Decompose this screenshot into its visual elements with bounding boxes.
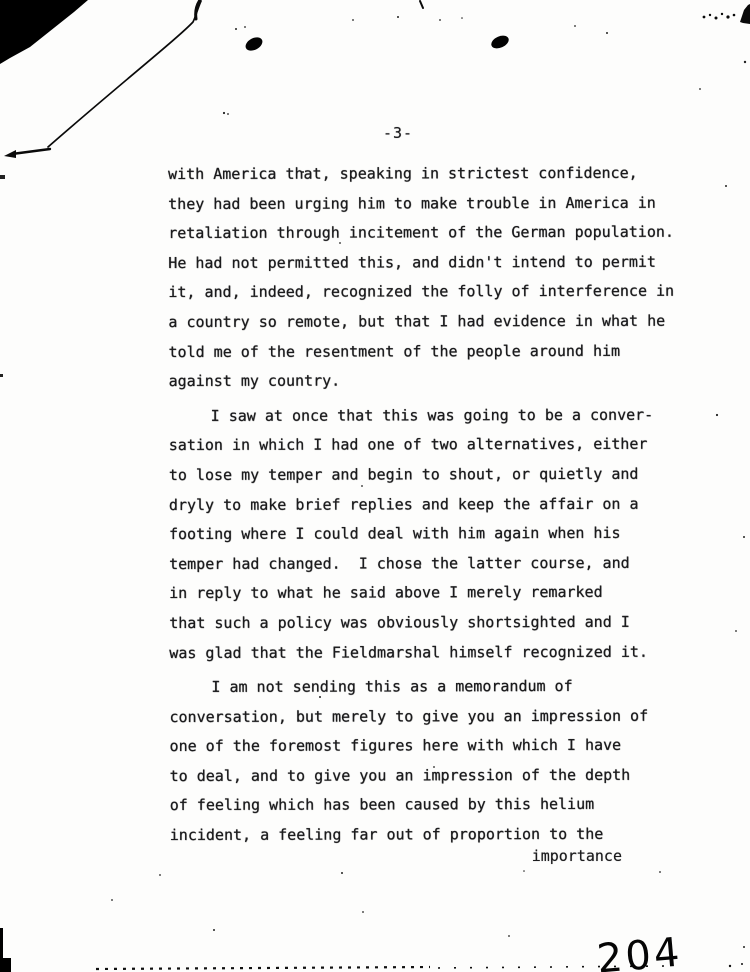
text-line: against my country. [169,366,683,397]
text-line: one of the foremost figures here with wh… [169,731,683,762]
text-line: incident, a feeling far out of proportio… [170,820,684,851]
text-line: in reply to what he said above I merely … [169,578,683,609]
paragraph: with America that, speaking in strictest… [168,159,683,397]
text-line: a country so remote, but that I had evid… [168,307,682,338]
text-line: told me of the resentment of the people … [168,336,682,367]
text-line: I am not sending this as a memorandum of [169,672,683,703]
text-line: to lose my temper and begin to shout, or… [169,460,683,491]
text-line: of feeling which has been caused by this… [170,790,684,821]
text-line: I saw at once that this was going to be … [169,400,683,431]
paragraph: I am not sending this as a memorandum of… [169,672,683,851]
text-line: that such a policy was obviously shortsi… [169,608,683,639]
fold-crease-line [4,0,423,158]
folded-corner-mark [0,0,88,64]
text-line: temper had changed. I chose the latter c… [169,548,683,579]
text-line: with America that, speaking in strictest… [168,159,682,190]
text-line: footing where I could deal with him agai… [169,519,683,550]
text-line: to deal, and to give you an impression o… [170,761,684,792]
text-line: dryly to make brief replies and keep the… [169,489,683,520]
ink-blot-right [489,33,510,51]
ink-blot-left [243,35,264,54]
text-line: retaliation through incitement of the Ge… [168,218,682,249]
text-line: He had not permitted this, and didn't in… [168,247,682,278]
text-block: with America that, speaking in strictest… [168,159,684,851]
paragraph: I saw at once that this was going to be … [169,400,684,668]
text-line: they had been urging him to make trouble… [168,188,682,219]
handwritten-page-mark: 204 [595,932,684,972]
catchword: importance [168,847,652,865]
text-line: sation in which I had one of two alterna… [169,430,683,461]
text-line: was glad that the Fieldmarshal himself r… [169,637,683,668]
document-page: -3- with America that, speaking in stric… [0,0,750,972]
text-line: conversation, but merely to give you an … [169,701,683,732]
text-line: it, and, indeed, recognized the folly of… [168,277,682,308]
corner-smudge [703,4,750,24]
page-number: -3- [383,124,413,142]
